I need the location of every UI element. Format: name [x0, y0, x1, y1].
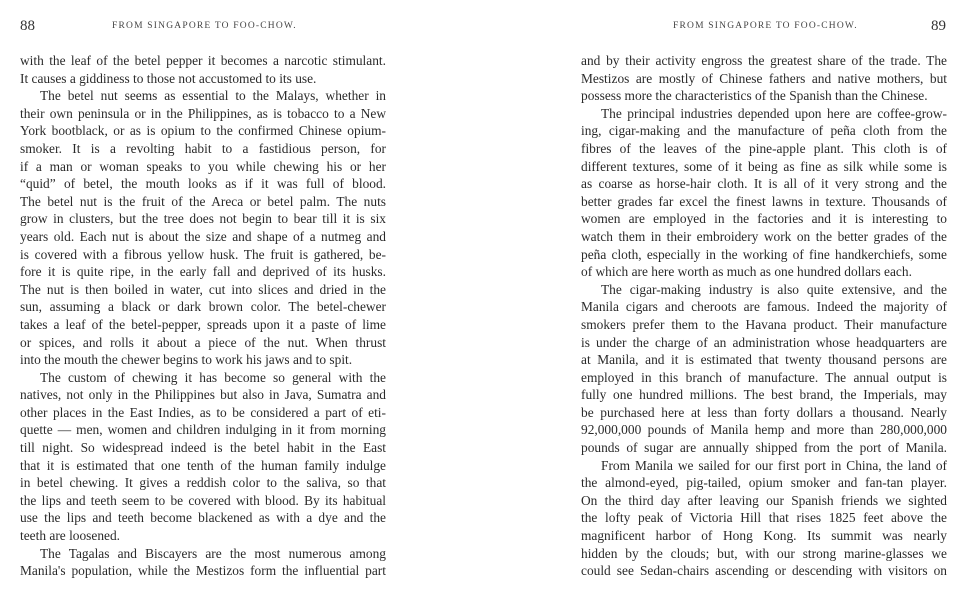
text-line: The cigar-making industry is also quite …	[581, 281, 947, 299]
text-line: On the third day after leaving our Spani…	[581, 492, 947, 510]
text-line: their own peninsula or in the Philippine…	[20, 105, 386, 123]
text-line: employed in this branch of manufacture. …	[581, 369, 947, 387]
text-line: grow in clusters, but the tree does not …	[20, 210, 386, 228]
text-line: The nut is then boiled in water, cut int…	[20, 281, 386, 299]
text-line: the lips and teeth seem to be covered wi…	[20, 492, 386, 510]
text-line: that it is estimated that one tenth of t…	[20, 457, 386, 475]
text-line: Mestizos are mostly of Chinese fathers a…	[581, 70, 947, 88]
running-head: FROM SINGAPORE TO FOO-CHOW.	[112, 21, 297, 31]
text-line: watch them in their embroidery work on t…	[581, 228, 947, 246]
text-line: in betel chewing. It gives a reddish col…	[20, 474, 386, 492]
page-body: with the leaf of the betel pepper it bec…	[20, 52, 386, 580]
text-line: women are employed in the factories and …	[581, 210, 947, 228]
left-page: 88 FROM SINGAPORE TO FOO-CHOW. with the …	[0, 0, 484, 613]
text-line: use the lips and teeth become blackened …	[20, 509, 386, 527]
text-line: Manila's population, while the Mestizos …	[20, 562, 386, 580]
text-line: It causes a giddiness to those not accus…	[20, 70, 386, 88]
text-line: is under the charge of an administration…	[581, 334, 947, 352]
text-line: peña cloth, especially in the working of…	[581, 246, 947, 264]
text-line: natives, not only in the Philippines but…	[20, 386, 386, 404]
text-line: years old. Each nut is about the size an…	[20, 228, 386, 246]
text-line: at Manila, and it is estimated that twen…	[581, 351, 947, 369]
page-number: 89	[931, 18, 946, 35]
text-line: York bootblack, or as is opium to the co…	[20, 122, 386, 140]
text-line: other places in the East Indies, as to b…	[20, 404, 386, 422]
running-head: FROM SINGAPORE TO FOO-CHOW.	[673, 21, 858, 31]
text-line: The Tagalas and Biscayers are the most n…	[20, 545, 386, 563]
text-line: pounds of sugar are annually shipped fro…	[581, 439, 947, 457]
text-line: teeth are loosened.	[20, 527, 386, 545]
text-line: fore it is quite ripe, in the early fall…	[20, 263, 386, 281]
text-line: takes a leaf of the betel-pepper, spread…	[20, 316, 386, 334]
text-line: fibres of the leaves of the pine-apple p…	[581, 140, 947, 158]
text-line: smoker. It is a revolting habit to a fas…	[20, 140, 386, 158]
text-line: Manila cigars and cheroots are famous. I…	[581, 298, 947, 316]
text-line: quette — men, women and children indulgi…	[20, 421, 386, 439]
text-line: the lofty peak of Victoria Hill that ris…	[581, 509, 947, 527]
text-line: The betel nut is the fruit of the Areca …	[20, 193, 386, 211]
text-line: as coarse as horse-hair cloth. It is all…	[581, 175, 947, 193]
text-line: sun, assuming a black or dark brown colo…	[20, 298, 386, 316]
right-page: FROM SINGAPORE TO FOO-CHOW. 89 and by th…	[484, 0, 968, 613]
page-header: FROM SINGAPORE TO FOO-CHOW. 89	[581, 18, 946, 38]
text-line: The custom of chewing it has become so g…	[20, 369, 386, 387]
text-line: of which are here worth as much as one h…	[581, 263, 947, 281]
text-line: ing, cigar-making and the manufacture of…	[581, 122, 947, 140]
text-line: fully one hundred millions. The best bra…	[581, 386, 947, 404]
text-line: till night. So widespread indeed is the …	[20, 439, 386, 457]
text-line: and by their activity engross the greate…	[581, 52, 947, 70]
text-line: better grades far excel the finest lawns…	[581, 193, 947, 211]
text-line: different textures, some of it being as …	[581, 158, 947, 176]
text-line: could see Sedan-chairs ascending or desc…	[581, 562, 947, 580]
page-number: 88	[20, 18, 35, 35]
text-line: smokers prefer them to the Havana produc…	[581, 316, 947, 334]
text-line: is covered with a fibrous yellow husk. T…	[20, 246, 386, 264]
text-line: the almond-eyed, pig-tailed, opium smoke…	[581, 474, 947, 492]
text-line: 92,000,000 pounds of Manila hemp and mor…	[581, 421, 947, 439]
text-line: if a man or woman speaks to you while ch…	[20, 158, 386, 176]
text-line: magnificent harbor of Hong Kong. Its sum…	[581, 527, 947, 545]
page-header: 88 FROM SINGAPORE TO FOO-CHOW.	[20, 18, 385, 38]
text-line: be purchased here at less than forty dol…	[581, 404, 947, 422]
text-line: possess more the characteristics of the …	[581, 87, 947, 105]
text-line: “quid” of betel, the mouth looks as if i…	[20, 175, 386, 193]
text-line: The betel nut seems as essential to the …	[20, 87, 386, 105]
text-line: into the mouth the chewer begins to work…	[20, 351, 386, 369]
page-body: and by their activity engross the greate…	[581, 52, 947, 580]
text-line: hidden by the clouds; but, with our stro…	[581, 545, 947, 563]
text-line: The principal industries depended upon h…	[581, 105, 947, 123]
text-line: with the leaf of the betel pepper it bec…	[20, 52, 386, 70]
text-line: From Manila we sailed for our first port…	[581, 457, 947, 475]
text-line: or spices, and rolls it about a piece of…	[20, 334, 386, 352]
